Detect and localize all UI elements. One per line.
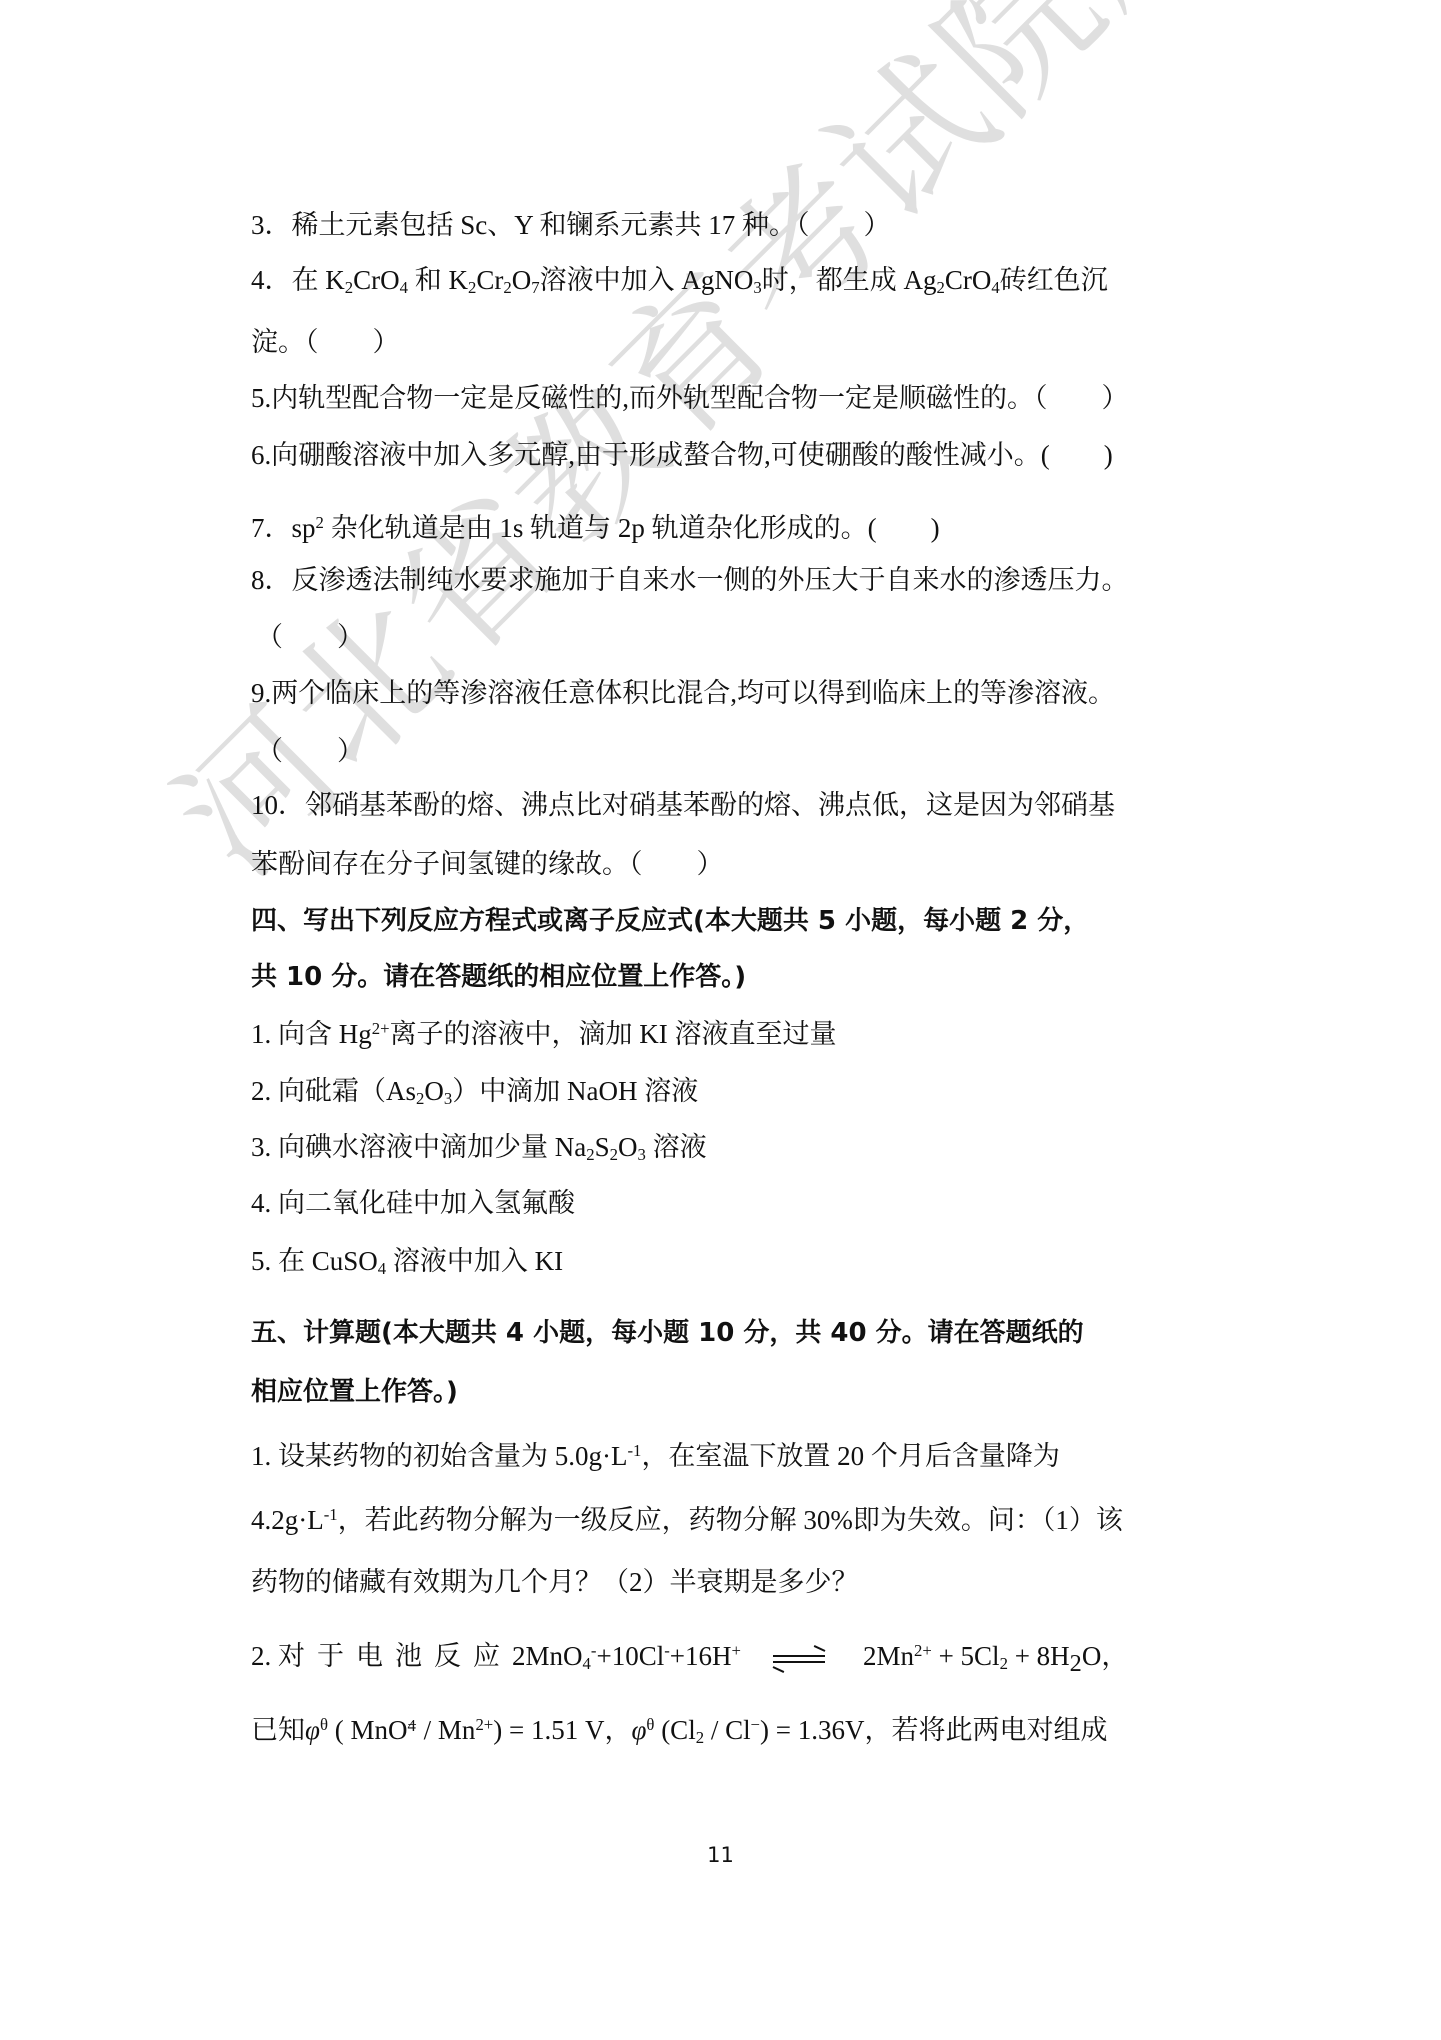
item-text-part: 对于电池反应 [278, 1641, 512, 1671]
section-heading-line-2: 相应位置上作答。) [251, 1377, 458, 1407]
comma: ， [604, 1715, 631, 1745]
calc-question-1: 1. 设某药物的初始含量为 5.0g·L-1，在室温下放置 20 个月后含量降为 [251, 1438, 1060, 1474]
formula-part: S [595, 1132, 610, 1162]
item-text-part: 离子的溶液中，滴加 KI 溶液直至过量 [390, 1019, 837, 1049]
item-number: 2. [251, 1076, 271, 1106]
item-number: 9. [251, 678, 271, 708]
formula-part: CrO [353, 265, 400, 295]
item-text-part: 设某药物的初始含量为 5.0g·L [278, 1441, 627, 1471]
true-false-item-7: 7．sp2 杂化轨道是由 1s 轨道与 2p 轨道杂化形成的。( ) [251, 510, 940, 546]
calc-question-1-line-2: 4.2g·L-1，若此药物分解为一级反应，药物分解 30%即为失效。问：（1）该 [251, 1502, 1123, 1538]
true-false-item-10-cont: 苯酚间存在分子间氢键的缘故。（ ） [251, 846, 724, 882]
item-text-part: ，若将此两电对组成 [865, 1715, 1108, 1745]
superscript: -1 [324, 1505, 338, 1524]
potential-1: φθ ( MnO−4 / Mn2+) = 1.51 V [305, 1715, 604, 1745]
subscript: 2 [345, 278, 353, 297]
reaction-item-3: 3. 向碘水溶液中滴加少量 Na2S2O3 溶液 [251, 1129, 707, 1165]
reaction-item-4: 4. 向二氧化硅中加入氢氟酸 [251, 1185, 575, 1221]
product-formula: 2Mn2+ + 5Cl2 + 8H2O， [863, 1641, 1128, 1671]
section-5-heading-cont: 相应位置上作答。) [251, 1374, 458, 1410]
item-text-part: 在 CuSO [278, 1246, 378, 1276]
true-false-item-3: 3．稀土元素包括 Sc、Y 和镧系元素共 17 种。（ ） [251, 207, 891, 243]
formula-part: O [512, 265, 532, 295]
true-false-item-4-cont: 淀。（ ） [251, 324, 400, 360]
potential-2: φθ (Cl2 / Cl−) = 1.36V [631, 1715, 864, 1745]
item-number: 2. [251, 1641, 271, 1671]
true-false-item-8: 8．反渗透法制纯水要求施加于自来水一侧的外压大于自来水的渗透压力。 [251, 562, 1129, 598]
superscript: -1 [627, 1441, 641, 1460]
item-text-part: ）中滴加 NaOH 溶液 [452, 1076, 698, 1106]
subscript: 4 [991, 278, 999, 297]
item-text: 邻硝基苯酚的熔、沸点比对硝基苯酚的熔、沸点低，这是因为邻硝基 [305, 790, 1115, 820]
item-text: 向硼酸溶液中加入多元醇,由于形成螯合物,可使硼酸的酸性减小。( ) [271, 440, 1112, 470]
true-false-item-9-cont: （ ） [256, 733, 364, 769]
item-number: 4． [251, 265, 292, 295]
item-number: 10． [251, 790, 305, 820]
formula-part: O [618, 1132, 638, 1162]
item-text-part: 溶液中加入 AgNO [540, 265, 754, 295]
item-text-part: 砖红色沉 [1000, 265, 1108, 295]
item-number: 6. [251, 440, 271, 470]
true-false-item-10: 10．邻硝基苯酚的熔、沸点比对硝基苯酚的熔、沸点低，这是因为邻硝基 [251, 787, 1115, 823]
calc-question-1-line-3: 药物的储藏有效期为几个月？（2）半衰期是多少？ [251, 1564, 859, 1600]
section-heading-line-1: 四、写出下列反应方程式或离子反应式(本大题共 5 小题，每小题 2 分， [251, 906, 1089, 936]
formula-part: Cr [476, 265, 503, 295]
reactant-formula: 2MnO4-+10Cl-+16H+ [512, 1641, 741, 1671]
item-number: 1. [251, 1019, 271, 1049]
item-text: 稀土元素包括 Sc、Y 和镧系元素共 17 种。（ ） [292, 210, 891, 240]
item-text-part: 溶液 [646, 1132, 707, 1162]
item-text-part: 向砒霜（As [278, 1076, 416, 1106]
item-number: 4. [251, 1188, 271, 1218]
subscript: 2 [937, 278, 945, 297]
subscript: 4 [378, 1259, 386, 1278]
item-text-part: ，在室温下放置 20 个月后含量降为 [641, 1441, 1060, 1471]
page-number: 11 [0, 1843, 1441, 1867]
section-heading-line-1: 五、计算题(本大题共 4 小题，每小题 10 分，共 40 分。请在答题纸的 [251, 1318, 1084, 1348]
item-text: 反渗透法制纯水要求施加于自来水一侧的外压大于自来水的渗透压力。 [292, 565, 1129, 595]
item-text-part: 在 K [292, 265, 345, 295]
item-number: 8． [251, 565, 292, 595]
item-text: 内轨型配合物一定是反磁性的,而外轨型配合物一定是顺磁性的。（ ） [271, 383, 1128, 413]
reaction-item-5: 5. 在 CuSO4 溶液中加入 KI [251, 1243, 563, 1279]
subscript: 3 [638, 1145, 646, 1164]
superscript: 2 [316, 513, 324, 532]
answer-brackets: （ ） [256, 622, 364, 652]
item-text: 杂化轨道是由 1s 轨道与 2p 轨道杂化形成的。( ) [324, 513, 940, 543]
true-false-item-9: 9.两个临床上的等渗溶液任意体积比混合,均可以得到临床上的等渗溶液。 [251, 675, 1115, 711]
item-text-part: 向含 Hg [278, 1019, 372, 1049]
subscript: 2 [586, 1145, 594, 1164]
item-text-part: 4.2g·L [251, 1505, 324, 1535]
true-false-item-5: 5.内轨型配合物一定是反磁性的,而外轨型配合物一定是顺磁性的。（ ） [251, 380, 1129, 416]
subscript: 2 [610, 1145, 618, 1164]
item-number: 5. [251, 383, 271, 413]
item-number: 3. [251, 1132, 271, 1162]
item-text: 淀。（ ） [251, 327, 400, 357]
item-text-part: ，若此药物分解为一级反应，药物分解 30%即为失效。问：（1）该 [338, 1505, 1123, 1535]
subscript: 7 [531, 278, 539, 297]
item-text: 药物的储藏有效期为几个月？（2）半衰期是多少？ [251, 1567, 859, 1597]
item-number: 3． [251, 210, 292, 240]
item-text-part: O [424, 1076, 444, 1106]
item-text-part: CrO [945, 265, 992, 295]
item-text: 苯酚间存在分子间氢键的缘故。（ ） [251, 849, 724, 879]
item-text: 两个临床上的等渗溶液任意体积比混合,均可以得到临床上的等渗溶液。 [271, 678, 1115, 708]
superscript: 2+ [372, 1019, 390, 1038]
document-page: 河北省教育考试院版权所有 3．稀土元素包括 Sc、Y 和镧系元素共 17 种。（… [0, 0, 1441, 2040]
reaction-item-1: 1. 向含 Hg2+离子的溶液中，滴加 KI 溶液直至过量 [251, 1016, 837, 1052]
subscript: 3 [444, 1089, 452, 1108]
calc-question-2-line-2: 已知φθ ( MnO−4 / Mn2+) = 1.51 V，φθ (Cl2 / … [251, 1712, 1108, 1748]
item-number: 7． [251, 513, 292, 543]
true-false-item-8-cont: （ ） [256, 619, 364, 655]
section-4-heading: 四、写出下列反应方程式或离子反应式(本大题共 5 小题，每小题 2 分， [251, 903, 1089, 939]
section-5-heading: 五、计算题(本大题共 4 小题，每小题 10 分，共 40 分。请在答题纸的 [251, 1315, 1084, 1351]
formula-connector: 和 K [408, 265, 468, 295]
item-number: 1. [251, 1441, 271, 1471]
reaction-item-2: 2. 向砒霜（As2O3）中滴加 NaOH 溶液 [251, 1073, 698, 1109]
answer-brackets: （ ） [256, 736, 364, 766]
equilibrium-arrow-icon [773, 1651, 825, 1667]
item-text-part: 时，都生成 Ag [762, 265, 937, 295]
item-text-part: 溶液中加入 KI [386, 1246, 563, 1276]
item-number: 5. [251, 1246, 271, 1276]
true-false-item-4: 4．在 K2CrO4 和 K2Cr2O7溶液中加入 AgNO3时，都生成 Ag2… [251, 262, 1108, 298]
subscript: 2 [503, 278, 511, 297]
item-text-part: 已知 [251, 1715, 305, 1745]
section-heading-line-2: 共 10 分。请在答题纸的相应位置上作答。) [251, 962, 746, 992]
subscript: 4 [400, 278, 408, 297]
item-text: 向二氧化硅中加入氢氟酸 [278, 1188, 575, 1218]
item-text-part: sp [292, 513, 316, 543]
page-content: 3．稀土元素包括 Sc、Y 和镧系元素共 17 种。（ ） 4．在 K2CrO4… [0, 0, 1441, 2040]
item-text-part: 向碘水溶液中滴加少量 Na [278, 1132, 586, 1162]
true-false-item-6: 6.向硼酸溶液中加入多元醇,由于形成螯合物,可使硼酸的酸性减小。( ) [251, 437, 1113, 473]
subscript: 3 [753, 278, 761, 297]
calc-question-2: 2. 对于电池反应2MnO4-+10Cl-+16H+2Mn2+ + 5Cl2 +… [251, 1638, 1128, 1674]
section-4-heading-cont: 共 10 分。请在答题纸的相应位置上作答。) [251, 959, 746, 995]
